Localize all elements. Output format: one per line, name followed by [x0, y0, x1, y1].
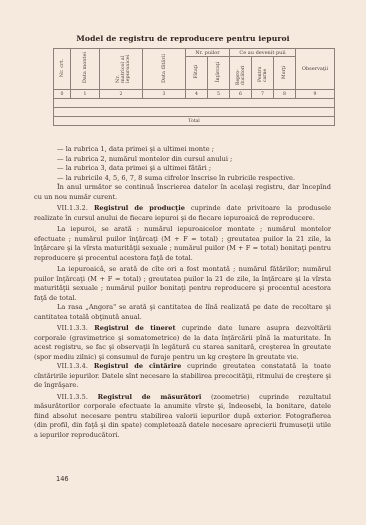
body-text: — la rubrica 1, data primei şi a ultimei…	[34, 145, 331, 440]
col-num-6: 6	[230, 90, 252, 99]
header-fatati: Fătaţi	[186, 57, 208, 90]
col-num-0: 0	[54, 90, 71, 99]
section-registrul-de-tineret: VII.1.3.3. Registrul de tineret cuprinde…	[34, 324, 331, 362]
blank-row	[54, 108, 335, 117]
section-heading: Registrul de cîntărire	[94, 362, 181, 370]
header-intarcati: Înţărcaţi	[208, 57, 230, 90]
col-num-7: 7	[252, 90, 274, 99]
col-num-3: 3	[143, 90, 186, 99]
table-title: Model de registru de reproducere pentru …	[0, 34, 366, 43]
section-registrul-de-productie: VII.1.3.2. Registrul de producţie cuprin…	[34, 204, 331, 223]
header-reproducatori: Repro-ducători	[230, 57, 252, 90]
total-row: Total	[54, 117, 335, 126]
blank-row	[54, 99, 335, 108]
col-num-8: 8	[274, 90, 296, 99]
section-number: VII.1.3.4.	[57, 363, 88, 370]
col-num-9: 9	[296, 90, 335, 99]
paragraph: La iepuroi, se arată : numărul iepuroaic…	[34, 225, 331, 263]
list-item: — la rubricile 4, 5, 6, 7, 8 suma cifrel…	[34, 174, 331, 184]
section-registrul-de-masuratori: VII.1.3.5. Registrul de măsurători (zoom…	[34, 393, 331, 441]
section-heading: Registrul de producţie	[94, 204, 185, 212]
paragraph: La rasa „Angora" se arată şi cantitatea …	[34, 303, 331, 322]
header-nr-crt: Nr. crt.	[54, 49, 71, 90]
book-page: Model de registru de reproducere pentru …	[0, 0, 366, 525]
col-num-5: 5	[208, 90, 230, 99]
header-observatii: Observaţii	[296, 49, 335, 90]
section-registrul-de-cintarire: VII.1.3.4. Registrul de cîntărire cuprin…	[34, 362, 331, 391]
section-number: VII.1.3.3.	[57, 325, 88, 332]
col-num-2: 2	[100, 90, 143, 99]
header-morti: Morţi	[274, 57, 296, 90]
section-number: VII.1.3.2.	[57, 205, 88, 212]
reproduction-register-table: Nr. crt. Data montei Nr. matricol al iep…	[53, 48, 335, 126]
header-data-fatarii: Data fătării	[143, 49, 186, 90]
paragraph: În anul următor se continuă înscrierea d…	[34, 183, 331, 202]
page-number: 146	[56, 475, 69, 483]
col-num-4: 4	[186, 90, 208, 99]
column-number-row: 0 1 2 3 4 5 6 7 8 9	[54, 90, 335, 99]
section-number: VII.1.3.5.	[57, 394, 88, 401]
list-item: — la rubrica 1, data primei şi a ultimei…	[34, 145, 331, 155]
section-heading: Registrul de tineret	[94, 324, 175, 332]
section-heading: Registrul de măsurători	[98, 393, 202, 401]
col-num-1: 1	[71, 90, 100, 99]
header-group-nr-puilor: Nr. puilor	[186, 49, 230, 57]
paragraph: La iepuroaică, se arată de cîte ori a fo…	[34, 265, 331, 303]
header-pentru-carne: Pentru carne	[252, 57, 274, 90]
header-nr-matricol: Nr. matricol al iepuroaicei	[100, 49, 143, 90]
list-item: — la rubrica 3, data primei şi a ultimei…	[34, 164, 331, 174]
header-group-ce-au-devenit: Ce au devenit puii	[230, 49, 296, 57]
list-item: — la rubrica 2, numărul montelor din cur…	[34, 155, 331, 165]
total-label: Total	[54, 117, 335, 126]
header-data-montei: Data montei	[71, 49, 100, 90]
